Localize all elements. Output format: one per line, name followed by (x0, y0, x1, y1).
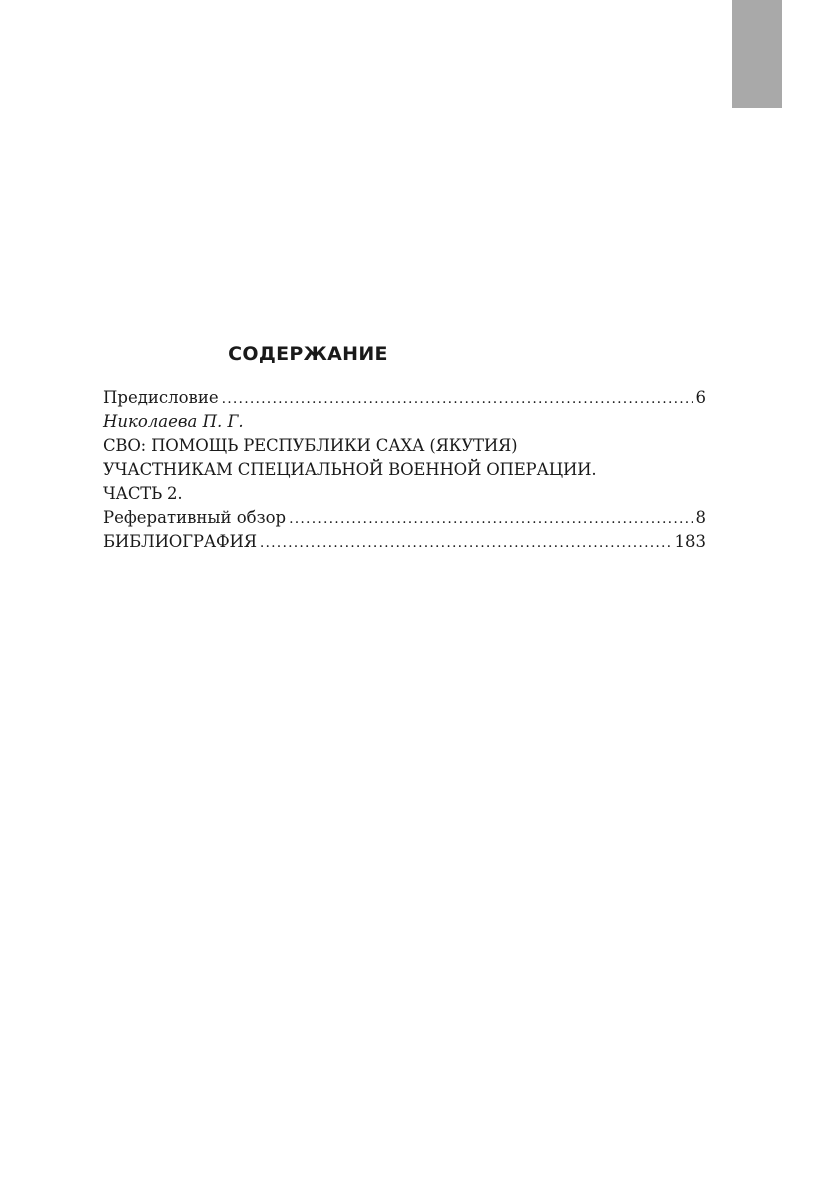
section-title-text: УЧАСТНИКАМ СПЕЦИАЛЬНОЙ ВОЕННОЙ ОПЕРАЦИИ. (103, 458, 596, 482)
author-name: Николаева П. Г. (103, 410, 244, 434)
toc-author: Николаева П. Г. (103, 410, 706, 434)
table-of-contents: Предисловие 6 Николаева П. Г. СВО: ПОМОЩ… (103, 386, 706, 554)
dot-leader (289, 507, 692, 531)
toc-page-number: 6 (696, 386, 707, 410)
page-title: СОДЕРЖАНИЕ (103, 343, 513, 365)
toc-page-number: 8 (696, 506, 707, 530)
toc-entry-preface[interactable]: Предисловие 6 (103, 386, 706, 410)
dot-leader (222, 387, 693, 411)
toc-entry-bibliography[interactable]: БИБЛИОГРАФИЯ 183 (103, 530, 706, 554)
toc-page-number: 183 (675, 530, 707, 554)
section-tab-marker (732, 0, 782, 108)
section-title-text: СВО: ПОМОЩЬ РЕСПУБЛИКИ САХА (ЯКУТИЯ) (103, 434, 517, 458)
toc-section-title-line: УЧАСТНИКАМ СПЕЦИАЛЬНОЙ ВОЕННОЙ ОПЕРАЦИИ. (103, 458, 706, 482)
toc-entry-label: Реферативный обзор (103, 506, 286, 530)
section-title-text: ЧАСТЬ 2. (103, 482, 182, 506)
toc-section-title-line: СВО: ПОМОЩЬ РЕСПУБЛИКИ САХА (ЯКУТИЯ) (103, 434, 706, 458)
toc-entry-review[interactable]: Реферативный обзор 8 (103, 506, 706, 530)
dot-leader (260, 531, 672, 555)
toc-section-title-line: ЧАСТЬ 2. (103, 482, 706, 506)
toc-entry-label: БИБЛИОГРАФИЯ (103, 530, 257, 554)
toc-entry-label: Предисловие (103, 386, 219, 410)
